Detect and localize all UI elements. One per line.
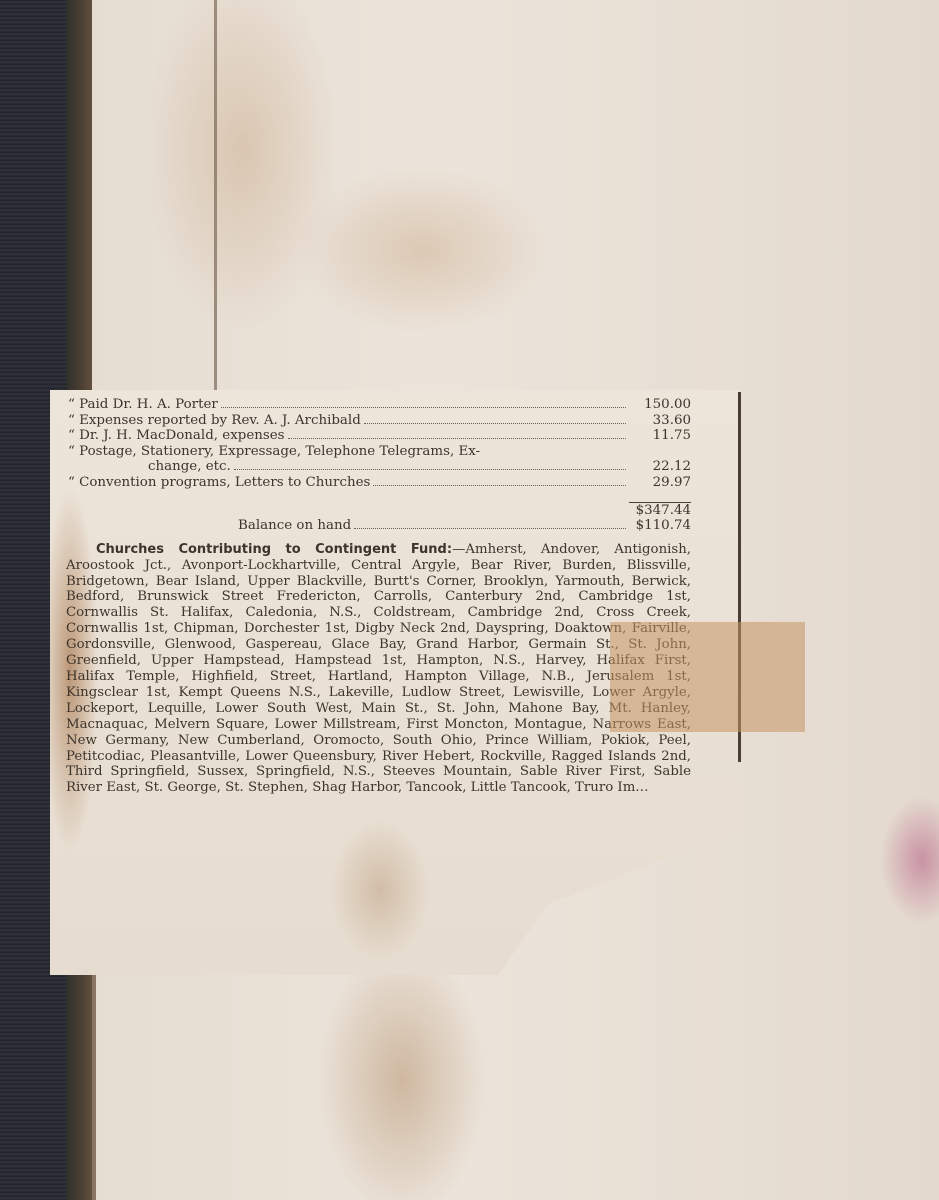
churches-list: —Amherst, Andover, Antigonish, Aroostook… [66, 542, 691, 796]
sum-rule [66, 491, 691, 503]
leader-dots [221, 397, 626, 408]
churches-paragraph: Churches Contributing to Contingent Fund… [66, 542, 691, 797]
ledger-row: “ Convention programs, Letters to Church… [66, 475, 691, 491]
ledger-row: “ Paid Dr. H. A. Porter 150.00 [66, 397, 691, 413]
balance-row: Balance on hand $110.74 [66, 518, 691, 534]
ledger-row: “ Dr. J. H. MacDonald, expenses 11.75 [66, 428, 691, 444]
ledger-total: $347.44 [66, 503, 691, 519]
leader-dots [354, 518, 626, 529]
leader-dots [288, 428, 626, 439]
adhesive-tape [610, 622, 805, 732]
ledger-row: “ Postage, Stationery, Expressage, Telep… [66, 444, 691, 460]
ledger-row: change, etc. 22.12 [66, 459, 691, 475]
ledger-row: “ Expenses reported by Rev. A. J. Archib… [66, 413, 691, 429]
leader-dots [364, 413, 626, 424]
leader-dots [234, 459, 626, 470]
churches-heading: Churches Contributing to Contingent Fund… [66, 542, 452, 557]
page-crease [214, 0, 217, 390]
page-margin-line [92, 960, 96, 1200]
leader-dots [373, 475, 626, 486]
expense-ledger: “ Paid Dr. H. A. Porter 150.00 “ Expense… [66, 397, 691, 534]
clipping-text: “ Paid Dr. H. A. Porter 150.00 “ Expense… [66, 397, 691, 796]
